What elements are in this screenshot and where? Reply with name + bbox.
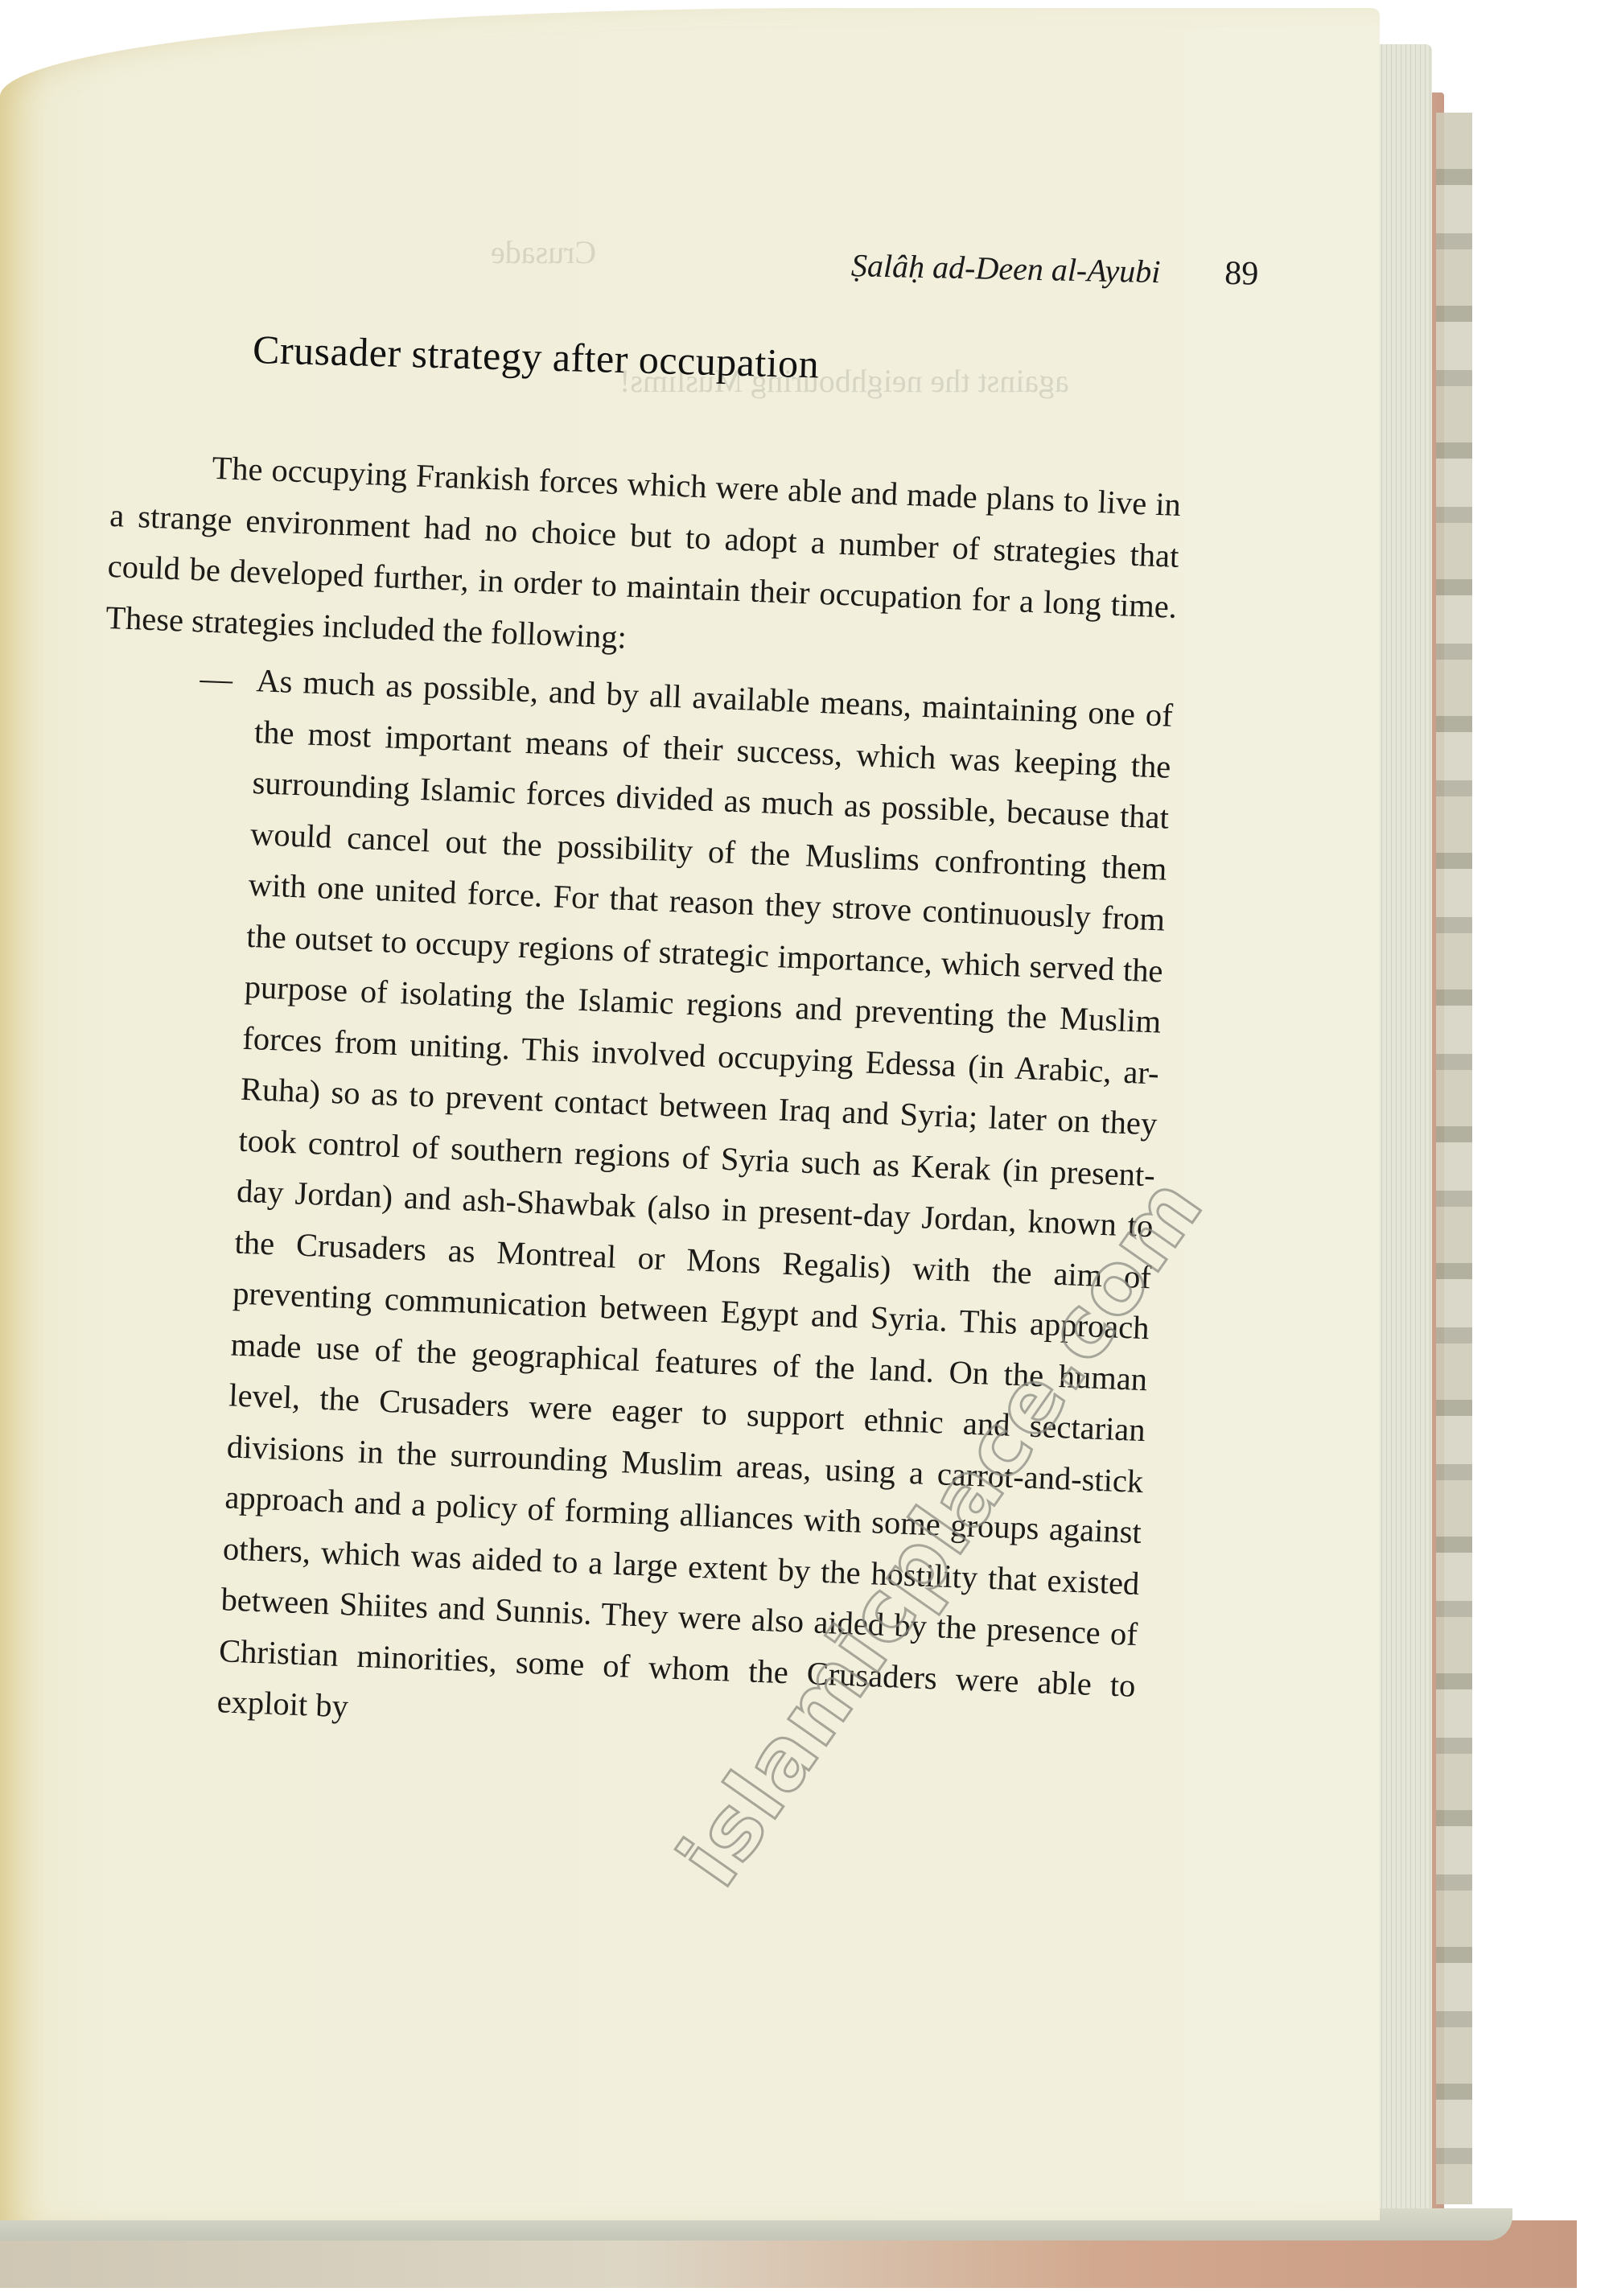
intro-paragraph: The occupying Frankish forces which were… [105,438,1182,684]
show-through-text: Crusade [491,233,596,271]
bullet-text: As much as possible, and by all availabl… [216,655,1174,1762]
bullet-item: — As much as possible, and by all availa… [216,655,1174,1762]
book-endpaper [1436,113,1472,2204]
em-dash-bullet-icon: — [199,652,233,705]
page-number: 89 [1224,254,1259,294]
running-head-title: Ṣalâḥ ad-Deen al-Ayubi [851,246,1161,290]
body-text: The occupying Frankish forces which were… [64,438,1182,1762]
